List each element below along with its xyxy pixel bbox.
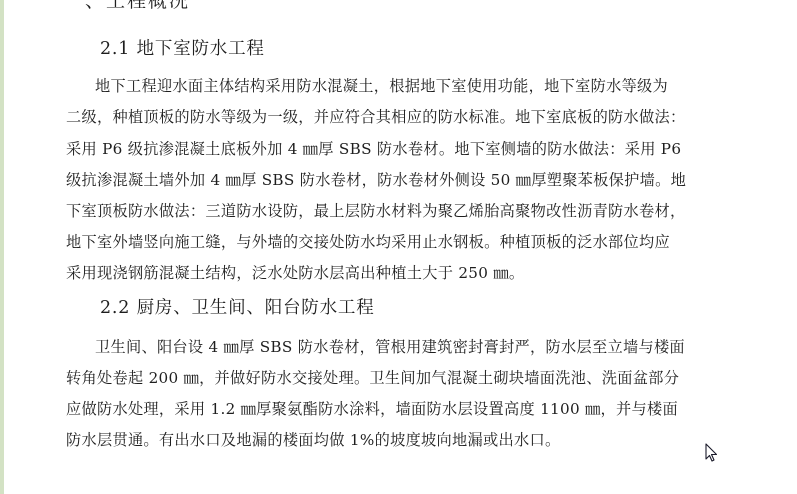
paragraph-line: 采用 P6 级抗渗混凝土底板外加 4 ㎜厚 SBS 防水卷材。地下室侧墙的防水做… — [66, 139, 681, 159]
paragraph-line: 防水层贯通。有出水口及地漏的楼面均做 1%的坡度坡向地漏或出水口。 — [66, 430, 560, 450]
section-heading: 一、工程概况 — [64, 0, 190, 12]
paragraph-line: 级抗渗混凝土墙外加 4 ㎜厚 SBS 防水卷材，防水卷材外侧设 50 ㎜厚塑聚苯… — [66, 170, 686, 190]
document-page: 一、工程概况 2.1 地下室防水工程 地下工程迎水面主体结构采用防水混凝土，根据… — [4, 0, 797, 494]
paragraph-line: 地下工程迎水面主体结构采用防水混凝土，根据地下室使用功能，地下室防水等级为 — [95, 76, 668, 96]
paragraph-line: 应做防水处理，采用 1.2 ㎜厚聚氨酯防水涂料，墙面防水层设置高度 1100 ㎜… — [66, 399, 678, 419]
subsection-title-2-1: 2.1 地下室防水工程 — [100, 38, 265, 60]
paragraph-line: 采用现浇钢筋混凝土结构，泛水处防水层高出种植土大于 250 ㎜。 — [66, 263, 524, 283]
paragraph-line: 转角处卷起 200 ㎜，并做好防水交接处理。卫生间加气混凝土砌块墙面洗池、洗面盆… — [66, 368, 679, 388]
paragraph-line: 卫生间、阳台设 4 ㎜厚 SBS 防水卷材，管根用建筑密封膏封严，防水层至立墙与… — [95, 337, 685, 357]
paragraph-line: 下室顶板防水做法：三道防水设防，最上层防水材料为聚乙烯胎高聚物改性沥青防水卷材， — [66, 201, 686, 221]
subsection-title-2-2: 2.2 厨房、卫生间、阳台防水工程 — [100, 297, 375, 319]
paragraph-line: 地下室外墙竖向施工缝，与外墙的交接处防水均采用止水钢板。种植顶板的泛水部位均应 — [66, 232, 670, 252]
paragraph-line: 二级，种植顶板的防水等级为一级，并应符合其相应的防水标准。地下室底板的防水做法： — [66, 107, 686, 127]
mouse-pointer-arrow-icon — [705, 443, 719, 463]
